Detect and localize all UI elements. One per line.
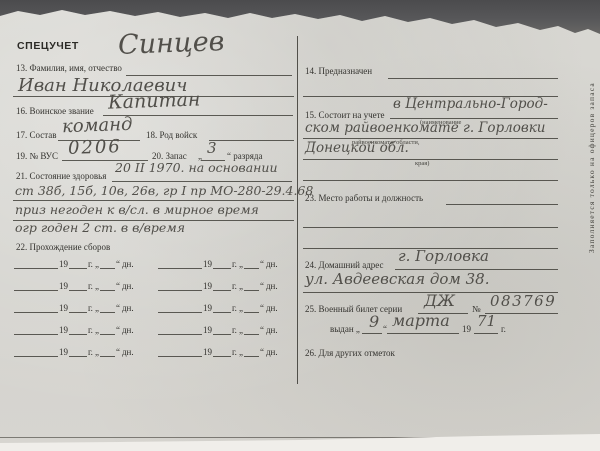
blank-line: [213, 323, 231, 335]
sbory-row: 19г.„“дн. 19г.„“дн.: [14, 256, 298, 269]
scanned-photo: СПЕЦУЧЕТ Синцев 13. Фамилия, имя, отчест…: [0, 0, 600, 451]
handwritten-issued-day: 9: [369, 314, 379, 330]
blank-line: [158, 345, 202, 357]
card-header: СПЕЦУЧЕТ: [17, 40, 79, 52]
blank-line: [100, 257, 115, 269]
blank-line: [14, 345, 58, 357]
year-prefix: 19: [202, 347, 213, 357]
vertical-margin-note: Заполняется только на офицеров запаса: [587, 42, 596, 294]
year-prefix: 19: [58, 259, 69, 269]
year-suffix: г.: [87, 347, 94, 357]
blank-line: [14, 323, 58, 335]
handwritten-health-1: 20 II 1970. на основании: [115, 162, 278, 175]
days-label: дн.: [265, 325, 279, 335]
year-suffix: г.: [87, 325, 94, 335]
handwritten-issued-year: 71: [477, 314, 496, 329]
year-suffix: г.: [87, 303, 94, 313]
days-label: дн.: [121, 303, 135, 313]
field15-line4: [303, 179, 558, 181]
field24-label: 24. Домашний адрес: [305, 260, 384, 270]
blank-line: [158, 323, 202, 335]
days-label: дн.: [265, 303, 279, 313]
year-suffix: г.: [231, 281, 238, 291]
blank-line: [14, 301, 58, 313]
card-bottom-edge: [0, 437, 600, 438]
year-prefix: 19: [202, 325, 213, 335]
year-prefix: 19: [202, 259, 213, 269]
blank-line: [244, 257, 259, 269]
handwritten-address-2: ул. Авдеевская дом 38.: [305, 272, 489, 287]
field15-line1: [390, 117, 558, 119]
field15-line3: [303, 158, 558, 160]
issued-g-label: г.: [501, 324, 506, 334]
blank-line: [158, 279, 202, 291]
sbory-row: 19г.„“дн. 19г.„“дн.: [14, 278, 298, 291]
year-suffix: г.: [231, 325, 238, 335]
blank-line: [244, 323, 259, 335]
sbory-table: 19г.„“дн. 19г.„“дн. 19г.„“дн. 19г.„“дн. …: [14, 256, 298, 366]
blank-line: [100, 279, 115, 291]
field15-caption3: края): [415, 160, 429, 167]
blank-line: [244, 301, 259, 313]
field18-line: [209, 139, 294, 141]
field23-line1: [446, 203, 558, 205]
handwritten-vus: 0206: [68, 138, 122, 158]
year-prefix: 19: [58, 281, 69, 291]
issued-day-line: [362, 332, 382, 334]
field14-label: 14. Предназначен: [305, 66, 372, 76]
handwritten-rank: Капитан: [108, 90, 201, 112]
year-prefix: 19: [202, 303, 213, 313]
sbory-row: 19г.„“дн. 19г.„“дн.: [14, 322, 298, 335]
sbory-cell: 19г.„“дн.: [158, 278, 298, 291]
sbory-cell: 19г.„“дн.: [158, 300, 298, 313]
blank-line: [158, 301, 202, 313]
days-label: дн.: [121, 281, 135, 291]
handwritten-health-4: огр годен 2 ст. в в/время: [15, 222, 185, 235]
handwritten-health-2: ст 38б, 15б, 10в, 26в, гр I пр МО-280-29…: [15, 185, 313, 198]
days-label: дн.: [265, 259, 279, 269]
blank-line: [158, 257, 202, 269]
handwritten-sostav: команд: [62, 116, 133, 136]
sbory-cell: 19г.„“дн.: [158, 322, 298, 335]
days-label: дн.: [265, 281, 279, 291]
handwritten-uchet-3: Донецкой обл.: [305, 142, 409, 156]
health-line2-rule: [13, 199, 294, 201]
year-suffix: г.: [231, 347, 238, 357]
field23-line2: [303, 226, 558, 228]
field21-label: 21. Состояние здоровья: [16, 171, 106, 181]
blank-line: [69, 279, 87, 291]
year-prefix: 19: [58, 303, 69, 313]
health-line1-rule: [112, 180, 292, 182]
year-prefix: 19: [202, 281, 213, 291]
issued-year-line: [474, 332, 498, 334]
blank-line: [100, 301, 115, 313]
days-label: дн.: [121, 259, 135, 269]
year-suffix: г.: [87, 281, 94, 291]
field19-label: 19. № ВУС: [16, 151, 58, 161]
sbory-cell: 19г.„“дн.: [158, 256, 298, 269]
handwritten-surname: Синцев: [118, 28, 225, 59]
sbory-cell: 19г.„“дн.: [14, 344, 154, 357]
sbory-cell: 19г.„“дн.: [14, 256, 154, 269]
blank-line: [213, 301, 231, 313]
sbory-cell: 19г.„“дн.: [158, 344, 298, 357]
issued-month-line: [387, 332, 459, 334]
field25-label: 25. Военный билет серии: [305, 304, 402, 314]
blank-line: [69, 257, 87, 269]
handwritten-health-3: приз негоден к в/сл. в мирное время: [15, 204, 259, 217]
sbory-row: 19г.„“дн. 19г.„“дн.: [14, 300, 298, 313]
blank-line: [100, 345, 115, 357]
field13-label: 13. Фамилия, имя, отчество: [16, 63, 122, 73]
handwritten-uchet-2: ском райвоенкомате г. Горловки: [305, 122, 545, 136]
column-divider: [297, 36, 298, 384]
blank-line: [69, 323, 87, 335]
days-label: дн.: [265, 347, 279, 357]
days-label: дн.: [121, 347, 135, 357]
blank-line: [69, 301, 87, 313]
days-label: дн.: [121, 325, 135, 335]
sbory-cell: 19г.„“дн.: [14, 322, 154, 335]
handwritten-address-1: г. Горловка: [398, 249, 489, 264]
registration-card: СПЕЦУЧЕТ Синцев 13. Фамилия, имя, отчест…: [0, 0, 600, 451]
sbory-row: 19г.„“дн. 19г.„“дн.: [14, 344, 298, 357]
blank-line: [213, 345, 231, 357]
handwritten-issued-month: марта: [392, 313, 450, 329]
handwritten-series: ДЖ: [424, 293, 455, 309]
field14-line1: [388, 77, 558, 79]
year-suffix: г.: [231, 303, 238, 313]
blank-line: [69, 345, 87, 357]
year-prefix: 19: [58, 325, 69, 335]
issued-label: выдан „: [330, 324, 360, 334]
field15-line2: [303, 137, 558, 139]
field26-label: 26. Для других отметок: [305, 348, 395, 358]
sbory-cell: 19г.„“дн.: [14, 278, 154, 291]
year-suffix: г.: [231, 259, 238, 269]
sbory-cell: 19г.„“дн.: [14, 300, 154, 313]
blank-line: [244, 279, 259, 291]
field18-label: 18. Род войск: [146, 130, 197, 140]
blank-line: [244, 345, 259, 357]
blank-line: [100, 323, 115, 335]
field17-label: 17. Состав: [16, 130, 57, 140]
year-suffix: г.: [87, 259, 94, 269]
blank-line: [213, 279, 231, 291]
blank-line: [213, 257, 231, 269]
blank-line: [14, 279, 58, 291]
year-prefix: 19: [58, 347, 69, 357]
handwritten-uchet-1: в Центрально-Город-: [393, 98, 548, 112]
handwritten-zapas-razryad: 3: [207, 141, 217, 156]
blank-line: [14, 257, 58, 269]
field23-label: 23. Место работы и должность: [305, 193, 423, 203]
field22-label: 22. Прохождение сборов: [16, 242, 110, 252]
issued-year-prefix: 19: [462, 324, 471, 334]
handwritten-number: 083769: [490, 294, 556, 309]
field15-label: 15. Состоит на учете: [305, 110, 385, 120]
